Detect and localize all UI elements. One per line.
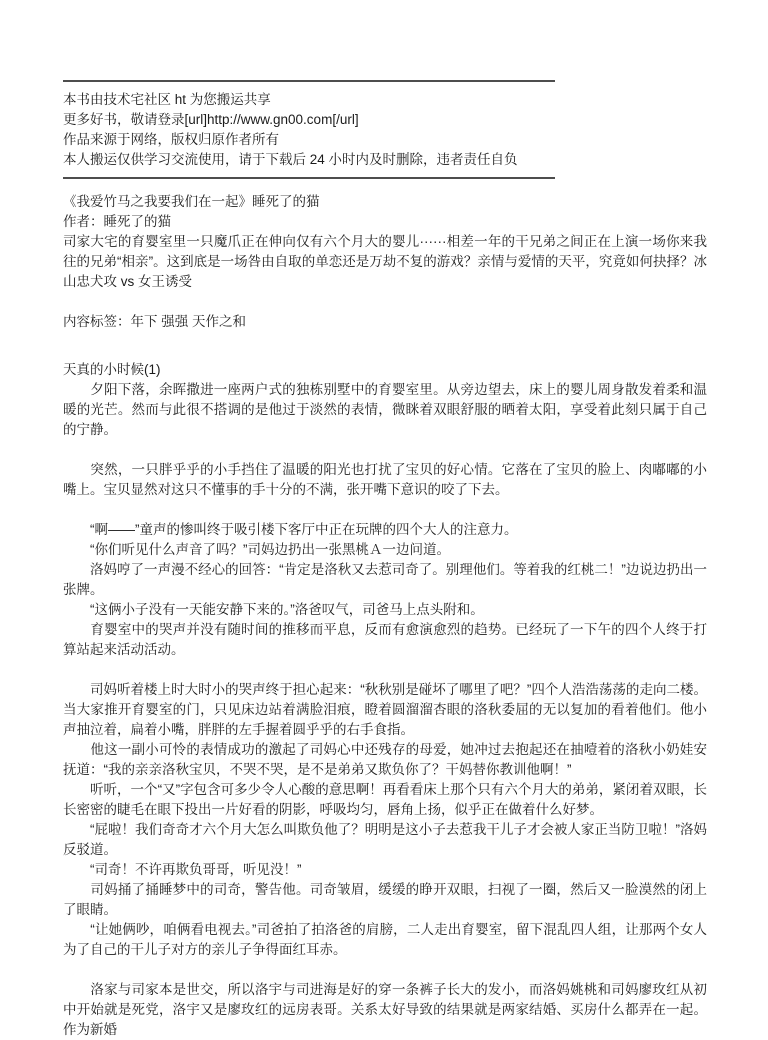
chapter-heading: 天真的小时候(1)	[63, 360, 707, 380]
story-paragraph: 他这一副小可怜的表情成功的激起了司妈心中还残存的母爱，她冲过去抱起还在抽噎着的洛…	[63, 740, 707, 780]
story-paragraph: “屁啦！我们奇奇才六个月大怎么叫欺负他了？明明是这小子去惹我干儿子才会被人家正当…	[63, 820, 707, 860]
separator-line-top	[63, 80, 555, 82]
story-paragraph: 听听，一个“又”字包含可多少令人心酸的意思啊！再看看床上那个只有六个月大的弟弟，…	[63, 780, 707, 820]
story-paragraph: “让她俩吵，咱俩看电视去。”司爸拍了拍洛爸的肩膀，二人走出育婴室，留下混乱四人组…	[63, 920, 707, 960]
story-paragraph: “司奇！不许再欺负哥哥，听见没！”	[63, 860, 707, 880]
story-paragraph: 洛妈哼了一声漫不经心的回答：“肯定是洛秋又去惹司奇了。别理他们。等着我的红桃二！…	[63, 560, 707, 600]
notice-line-disclaimer: 本人搬运仅供学习交流使用，请于下载后 24 小时内及时删除，违者责任自负	[63, 150, 707, 170]
story-paragraph: 突然，一只胖乎乎的小手挡住了温暖的阳光也打扰了宝贝的好心情。它落在了宝贝的脸上、…	[63, 460, 707, 500]
story-paragraph: 夕阳下落，余晖撒进一座两户式的独栋别墅中的育婴室里。从旁边望去，床上的婴儿周身散…	[63, 380, 707, 440]
book-synopsis: 司家大宅的育婴室里一只魔爪正在伸向仅有六个月大的婴儿······相差一年的干兄弟…	[63, 232, 707, 292]
separator-line-bottom	[63, 177, 555, 179]
story-paragraph: “你们听见什么声音了吗？”司妈边扔出一张黑桃Ａ一边问道。	[63, 540, 707, 560]
notice-line-url: 更多好书，敬请登录[url]http://www.gn00.com[/url]	[63, 110, 707, 130]
upload-notice-block: 本书由技术宅社区 ht 为您搬运共享 更多好书，敬请登录[url]http://…	[63, 90, 707, 170]
story-paragraph: “啊——”童声的惨叫终于吸引楼下客厅中正在玩牌的四个大人的注意力。	[63, 520, 707, 540]
book-tags: 内容标签：年下 强强 天作之和	[63, 312, 707, 332]
book-title: 《我爱竹马之我要我们在一起》睡死了的猫	[63, 192, 707, 212]
story-paragraph: 洛家与司家本是世交，所以洛宇与司进海是好的穿一条裤子长大的发小，而洛妈姚桃和司妈…	[63, 980, 707, 1024]
story-paragraph: 司妈捅了捅睡梦中的司奇，警告他。司奇皱眉，缓缓的睁开双眼，扫视了一圈，然后又一脸…	[63, 880, 707, 920]
story-paragraph: “这俩小子没有一天能安静下来的。”洛爸叹气，司爸马上点头附和。	[63, 600, 707, 620]
notice-line-copyright: 作品来源于网络，版权归原作者所有	[63, 130, 707, 150]
book-author: 作者：睡死了的猫	[63, 212, 707, 232]
notice-line-source: 本书由技术宅社区 ht 为您搬运共享	[63, 90, 707, 110]
story-paragraph: 司妈听着楼上时大时小的哭声终于担心起来：“秋秋别是碰坏了哪里了吧？”四个人浩浩荡…	[63, 680, 707, 740]
story-paragraph: 育婴室中的哭声并没有随时间的推移而平息，反而有愈演愈烈的趋势。已经玩了一下午的四…	[63, 620, 707, 660]
document-page: 本书由技术宅社区 ht 为您搬运共享 更多好书，敬请登录[url]http://…	[0, 0, 768, 1024]
